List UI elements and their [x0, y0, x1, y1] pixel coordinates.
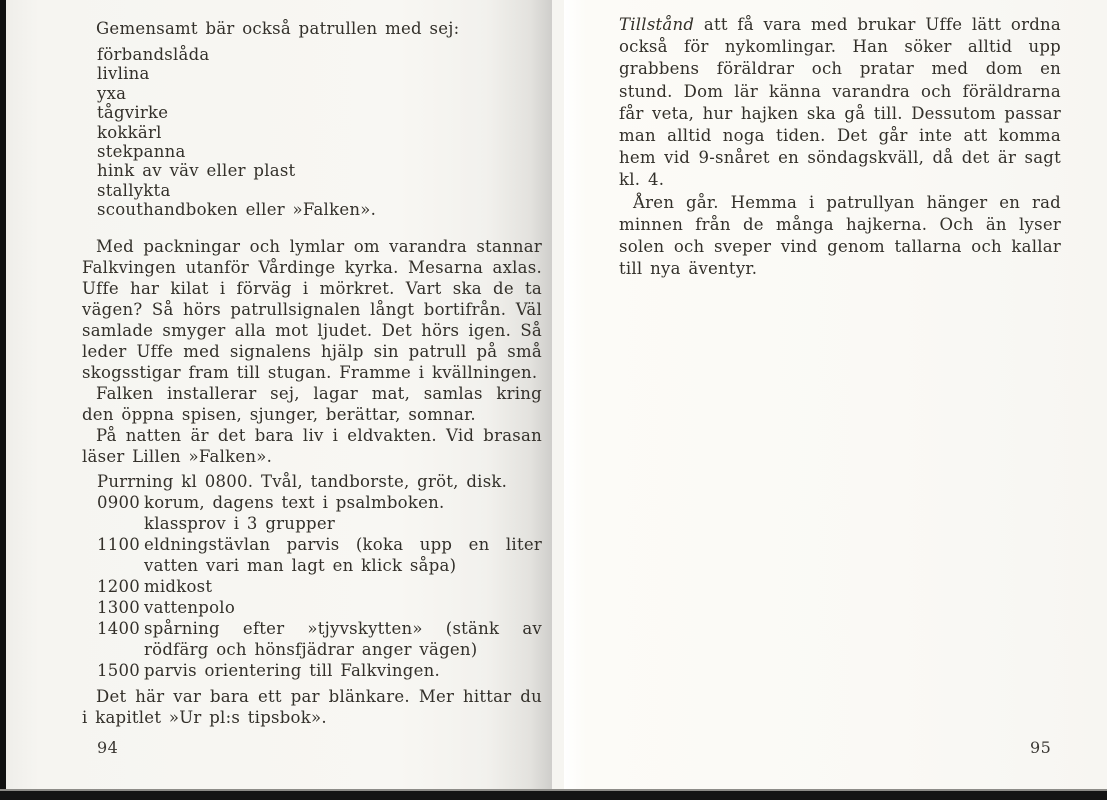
body-paragraph: Falken installerar sej, lagar mat, samla… [82, 383, 542, 425]
schedule-activity: spårning efter »tjyvskytten» (stänk av r… [144, 618, 542, 660]
left-text-column: Gemensamt bär också patrullen med sej: f… [82, 18, 542, 728]
book-spread: Gemensamt bär också patrullen med sej: f… [0, 0, 1107, 800]
schedule-intro: Purrning kl 0800. Tvål, tandborste, gröt… [97, 471, 542, 492]
schedule-activity-line: klassprov i 3 grupper [144, 513, 542, 534]
schedule-time: 1200 [97, 576, 140, 597]
body-paragraph: Åren går. Hemma i patrullyan hänger en r… [619, 192, 1061, 281]
equipment-item: stallykta [97, 181, 542, 200]
schedule-activity: midkost [144, 576, 542, 597]
body-paragraph: På natten är det bara liv i eldvakten. V… [82, 425, 542, 467]
schedule-row: 1400 spårning efter »tjyvskytten» (stänk… [97, 618, 542, 660]
schedule-activity: parvis orientering till Falkvingen. [144, 660, 542, 681]
page-number-left: 94 [97, 738, 118, 757]
page-right: Tillstånd att få vara med brukar Uffe lä… [564, 0, 1107, 791]
paragraph-text: att få vara med brukar Uffe lätt ordna o… [619, 15, 1061, 189]
body-paragraph: Tillstånd att få vara med brukar Uffe lä… [619, 14, 1061, 192]
schedule-time: 1500 [97, 660, 140, 681]
schedule-activity-line: korum, dagens text i psalmboken. [144, 492, 542, 513]
equipment-item: livlina [97, 64, 542, 83]
equipment-item: hink av väv eller plast [97, 161, 542, 180]
scan-border-left [0, 0, 6, 800]
schedule-activity: korum, dagens text i psalmboken. klasspr… [144, 492, 542, 534]
equipment-item: stekpanna [97, 142, 542, 161]
schedule-row: 1500 parvis orientering till Falkvingen. [97, 660, 542, 681]
schedule-row: 1200 midkost [97, 576, 542, 597]
schedule-row: 1100 eldningstävlan parvis (koka upp en … [97, 534, 542, 576]
body-paragraph: Med packningar och lymlar om varandra st… [82, 236, 542, 383]
schedule-time: 1400 [97, 618, 140, 639]
schedule-row: 0900 korum, dagens text i psalmboken. kl… [97, 492, 542, 534]
schedule-time: 1100 [97, 534, 140, 555]
schedule: 0900 korum, dagens text i psalmboken. kl… [97, 492, 542, 681]
page-left: Gemensamt bär också patrullen med sej: f… [6, 0, 552, 791]
equipment-item: yxa [97, 84, 542, 103]
equipment-item: kokkärl [97, 123, 542, 142]
equipment-item: förbandslåda [97, 45, 542, 64]
paragraph-lead-italic: Tillstånd [619, 15, 694, 34]
intro-line: Gemensamt bär också patrullen med sej: [82, 18, 542, 39]
equipment-item: tågvirke [97, 103, 542, 122]
schedule-time: 1300 [97, 597, 140, 618]
scan-border-bottom [0, 789, 1107, 800]
schedule-activity: eldningstävlan parvis (koka upp en liter… [144, 534, 542, 576]
right-text-column: Tillstånd att få vara med brukar Uffe lä… [619, 14, 1061, 280]
schedule-time: 0900 [97, 492, 140, 513]
page-number-right: 95 [1030, 738, 1051, 757]
schedule-activity: vattenpolo [144, 597, 542, 618]
spine-gutter [552, 0, 564, 791]
equipment-list: förbandslåda livlina yxa tågvirke kokkär… [82, 45, 542, 220]
schedule-row: 1300 vattenpolo [97, 597, 542, 618]
closing-paragraph: Det här var bara ett par blänkare. Mer h… [82, 686, 542, 728]
equipment-item: scouthandboken eller »Falken». [97, 200, 542, 219]
